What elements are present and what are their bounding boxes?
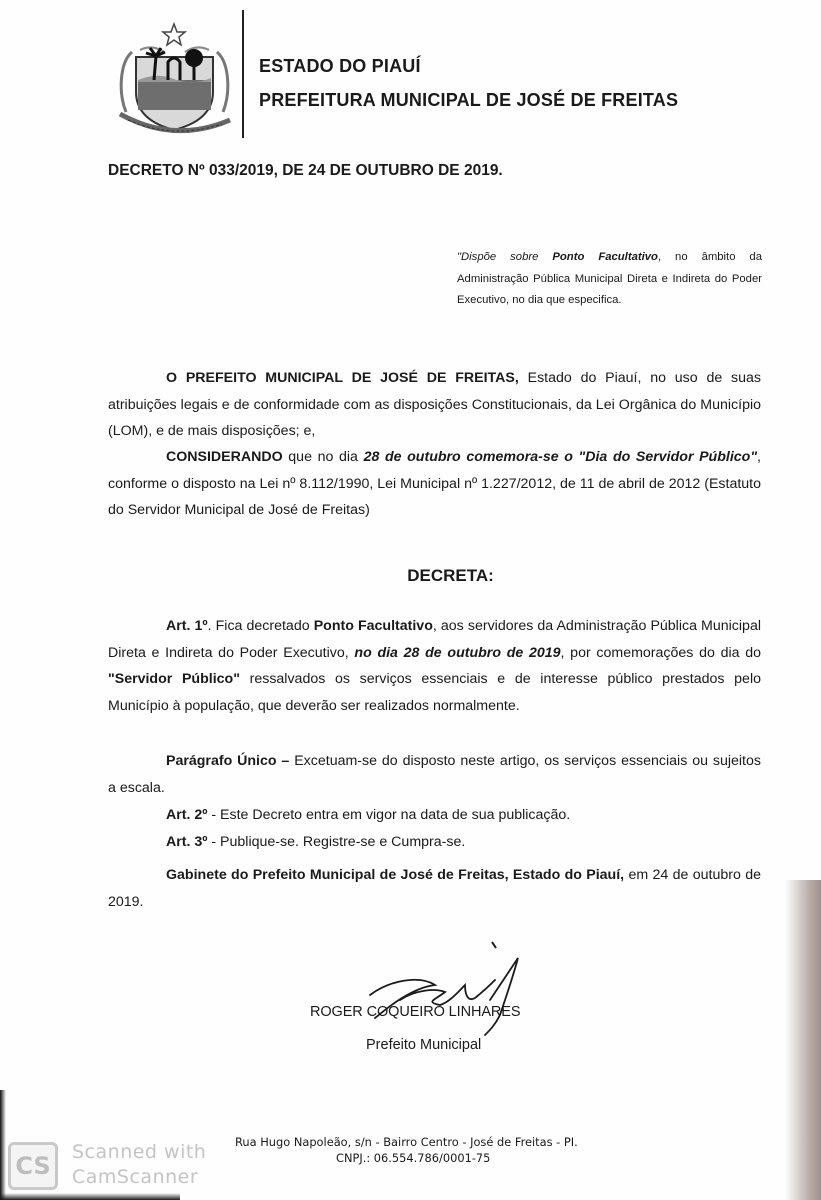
signature-icon	[340, 940, 560, 1040]
signer-role: Prefeito Municipal	[366, 1037, 481, 1053]
summary-intro: "Dispõe sobre	[457, 251, 552, 263]
header-divider	[242, 10, 244, 138]
considerando-label: CONSIDERANDO	[166, 449, 283, 465]
document-page: ESTADO DO PIAUÍ PREFEITURA MUNICIPAL DE …	[0, 0, 821, 1200]
paragraph-unico: Parágrafo Único – Excetuam-se do dispost…	[108, 748, 761, 801]
closing-location: Gabinete do Prefeito Municipal de José d…	[166, 867, 624, 883]
header-state: ESTADO DO PIAUÍ	[259, 56, 421, 77]
decreta-heading: DECRETA:	[0, 566, 821, 586]
article-1-text-3: , por comemorações do dia do	[561, 645, 761, 661]
article-1: Art. 1º. Fica decretado Ponto Facultativ…	[108, 613, 761, 719]
article-3: Art. 3º - Publique-se. Registre-se e Cum…	[108, 829, 761, 856]
page-edge-shadow-left	[0, 1090, 6, 1200]
considerando-emphasis: 28 de outubro comemora-se o "Dia do Serv…	[364, 449, 757, 465]
decree-summary: "Dispõe sobre Ponto Facultativo, no âmbi…	[457, 247, 762, 312]
article-2: Art. 2º - Este Decreto entra em vigor na…	[108, 802, 761, 829]
coat-of-arms-icon	[112, 22, 237, 137]
decree-title: DECRETO Nº 033/2019, DE 24 DE OUTUBRO DE…	[108, 162, 503, 180]
page-edge-shadow	[785, 880, 821, 1200]
preamble-authority: O PREFEITO MUNICIPAL DE JOSÉ DE FREITAS,	[166, 370, 519, 386]
footer-cnpj: CNPJ.: 06.554.786/0001-75	[336, 1151, 490, 1165]
page-edge-shadow-bottom	[0, 1193, 180, 1200]
article-1-text: . Fica decretado	[208, 618, 314, 634]
considerando-paragraph: CONSIDERANDO que no dia 28 de outubro co…	[108, 444, 761, 524]
article-2-text: - Este Decreto entra em vigor na data de…	[207, 807, 570, 823]
article-2-label: Art. 2º	[166, 807, 207, 823]
summary-subject: Ponto Facultativo	[552, 251, 658, 263]
preamble-paragraph: O PREFEITO MUNICIPAL DE JOSÉ DE FREITAS,…	[108, 365, 761, 445]
considerando-text: que no dia	[283, 449, 364, 465]
closing-paragraph: Gabinete do Prefeito Municipal de José d…	[108, 862, 761, 915]
signer-name: ROGER COQUEIRO LINHARES	[310, 1004, 520, 1020]
camscanner-watermark: Scanned with CamScanner	[72, 1140, 206, 1190]
article-3-label: Art. 3º	[166, 834, 207, 850]
article-1-emphasis-2: "Servidor Público"	[108, 671, 240, 687]
watermark-line-2: CamScanner	[72, 1165, 206, 1190]
article-3-text: - Publique-se. Registre-se e Cumpra-se.	[207, 834, 465, 850]
header-municipality: PREFEITURA MUNICIPAL DE JOSÉ DE FREITAS	[259, 90, 678, 111]
watermark-line-1: Scanned with	[72, 1140, 206, 1165]
footer-address: Rua Hugo Napoleão, s/n - Bairro Centro -…	[235, 1135, 578, 1149]
article-1-date: no dia 28 de outubro de 2019	[354, 645, 560, 661]
camscanner-logo-icon: CS	[8, 1142, 58, 1190]
article-1-emphasis: Ponto Facultativo	[314, 618, 433, 634]
paragraph-unico-label: Parágrafo Único –	[166, 753, 289, 769]
article-1-label: Art. 1º	[166, 618, 208, 634]
